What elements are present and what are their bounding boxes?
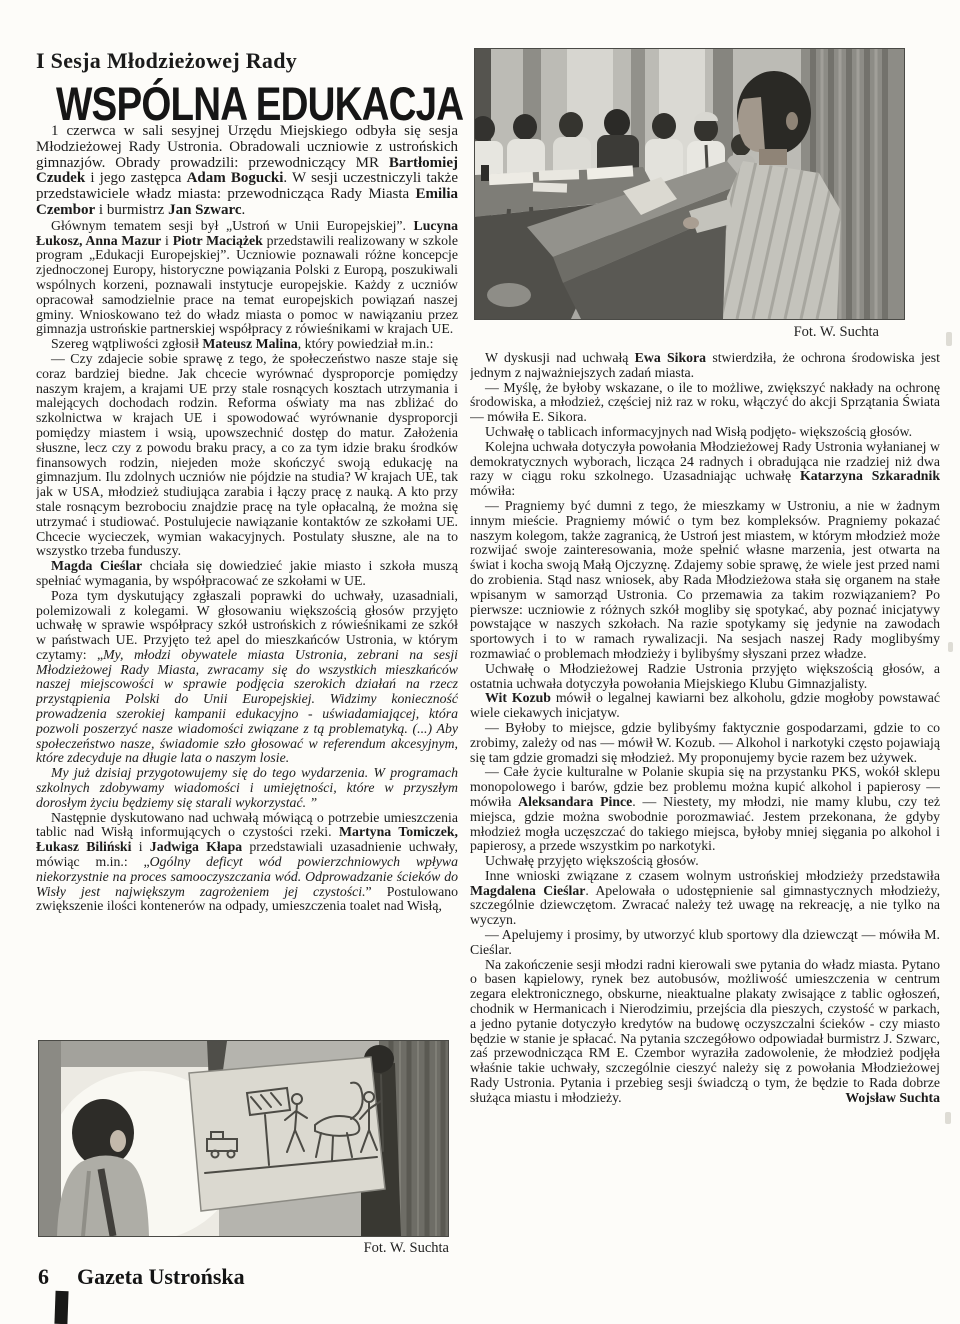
article-headline: WSPÓLNA EDUKACJA xyxy=(56,76,463,131)
text-run: Magdalena Cieślar xyxy=(470,883,585,898)
paragraph: Poza tym dyskutujący zgłaszali poprawki … xyxy=(36,589,458,767)
article-left-column: 1 czerwca w sali sesyjnej Urzędu Miejski… xyxy=(36,124,458,1030)
text-run: My, młodzi obywatele miasta Ustronia, ze… xyxy=(36,647,458,766)
text-run: — Apelujemy i prosimy, by utworzyć klub … xyxy=(470,927,940,957)
text-run: Magda Cieślar xyxy=(51,558,142,573)
poster-photo-art xyxy=(39,1041,448,1236)
text-run: Piotr Maciążek xyxy=(173,233,263,248)
text-run: Ewa Sikora xyxy=(635,351,706,365)
article-kicker: I Sesja Młodzieżowej Rady xyxy=(36,48,297,74)
paragraph: Następnie dyskutowano nad uchwałą mówiąc… xyxy=(36,811,458,915)
newspaper-title: Gazeta Ustrońska xyxy=(77,1264,245,1290)
text-run: — Byłoby to miejsce, gdzie bylibyśmy fak… xyxy=(470,720,940,765)
paragraph: — Myślę, że byłoby wskazane, o ile to mo… xyxy=(470,381,940,425)
text-run: i xyxy=(131,839,149,854)
paragraph: Wit Kozub mówił o legalnej kawiarni bez … xyxy=(470,691,940,721)
text-run: Aleksandara Pince xyxy=(518,794,632,809)
paragraph: — Pragniemy być dumni z tego, że mieszka… xyxy=(470,499,940,662)
paragraph: 1 czerwca w sali sesyjnej Urzędu Miejski… xyxy=(36,124,458,219)
text-run: Głównym tematem sesji był „Ustroń w Unii… xyxy=(51,218,414,233)
photo-bottom-caption: Fot. W. Suchta xyxy=(38,1240,449,1257)
text-run: Katarzyna Szkaradnik xyxy=(800,468,940,483)
text-run: Wojsław Suchta xyxy=(830,1091,940,1106)
article-right-column: W dyskusji nad uchwałą Ewa Sikora stwier… xyxy=(470,351,940,1273)
text-run: i burmistrz xyxy=(95,202,168,218)
article-left-body: Głównym tematem sesji był „Ustroń w Unii… xyxy=(36,219,458,914)
text-run: Na zakończenie sesji młodzi radni kierow… xyxy=(470,957,940,1105)
text-run: My już dzisiaj przygotowujemy się do teg… xyxy=(36,765,458,810)
text-run: Szereg wątpliwości zgłosił xyxy=(51,336,202,351)
paragraph: Uchwałę o Młodzieżowej Radzie Ustronia p… xyxy=(470,662,940,692)
photo-top-caption: Fot. W. Suchta xyxy=(474,324,903,341)
paragraph: W dyskusji nad uchwałą Ewa Sikora stwier… xyxy=(470,351,940,381)
paragraph: My już dzisiaj przygotowujemy się do teg… xyxy=(36,766,458,810)
scan-smudge xyxy=(948,642,953,652)
session-photo xyxy=(474,48,905,320)
text-run: Wit Kozub xyxy=(485,690,551,705)
text-run: i jego zastępca xyxy=(85,170,186,186)
text-run: . xyxy=(242,202,246,218)
text-run: Adam Bogucki xyxy=(187,170,284,186)
paragraph: — Apelujemy i prosimy, by utworzyć klub … xyxy=(470,928,940,958)
text-run: W dyskusji nad uchwałą xyxy=(485,351,635,365)
scan-smudge xyxy=(945,1112,951,1124)
session-photo-art xyxy=(475,49,904,319)
text-run: przedstawili realizowany w szkole progra… xyxy=(36,233,458,337)
poster-photo xyxy=(38,1040,449,1237)
paragraph: Uchwałę przyjęto większością głosów. xyxy=(470,854,940,869)
paragraph: — Całe życie kulturalne w Polanie skupia… xyxy=(470,765,940,854)
page-number: 6 xyxy=(38,1264,49,1290)
text-run: Uchwałę o tablicach informacyjnych nad W… xyxy=(485,424,912,439)
text-run: Inne wnioski związane z czasem wolnym us… xyxy=(485,868,940,883)
paragraph: Szereg wątpliwości zgłosił Mateusz Malin… xyxy=(36,337,458,352)
newspaper-page: I Sesja Młodzieżowej Rady WSPÓLNA EDUKAC… xyxy=(0,0,960,1324)
article-lead: 1 czerwca w sali sesyjnej Urzędu Miejski… xyxy=(36,124,458,219)
paragraph: Na zakończenie sesji młodzi radni kierow… xyxy=(470,958,940,1106)
paragraph: Inne wnioski związane z czasem wolnym us… xyxy=(470,869,940,928)
text-run: Jadwiga Kłapa xyxy=(150,839,242,854)
text-run: — Pragniemy być dumni z tego, że mieszka… xyxy=(470,498,940,661)
text-run: — Czy zdajecie sobie sprawę z tego, że s… xyxy=(36,351,458,558)
scan-smudge xyxy=(946,332,952,346)
text-run: — Myślę, że byłoby wskazane, o ile to mo… xyxy=(470,380,940,425)
paragraph: Głównym tematem sesji był „Ustroń w Unii… xyxy=(36,219,458,337)
paragraph: Magda Cieślar chciała się dowiedzieć jak… xyxy=(36,559,458,589)
text-run: mówiła: xyxy=(470,483,515,498)
paragraph: Kolejna uchwała dotyczyła powołania Młod… xyxy=(470,440,940,499)
text-run: , który powiedział m.in.: xyxy=(298,336,434,351)
page-footer: 6 Gazeta Ustrońska xyxy=(38,1264,245,1290)
paragraph: — Byłoby to miejsce, gdzie bylibyśmy fak… xyxy=(470,721,940,765)
text-run: i xyxy=(161,233,172,248)
text-run: Jan Szwarc xyxy=(168,202,241,218)
scan-artifact xyxy=(54,1291,68,1324)
paragraph: Uchwałę o tablicach informacyjnych nad W… xyxy=(470,425,940,440)
text-run: Uchwałę przyjęto większością głosów. xyxy=(485,853,699,868)
paragraph: — Czy zdajecie sobie sprawę z tego, że s… xyxy=(36,352,458,559)
text-run: Mateusz Malina xyxy=(202,336,297,351)
text-run: Uchwałę o Młodzieżowej Radzie Ustronia p… xyxy=(470,661,940,691)
